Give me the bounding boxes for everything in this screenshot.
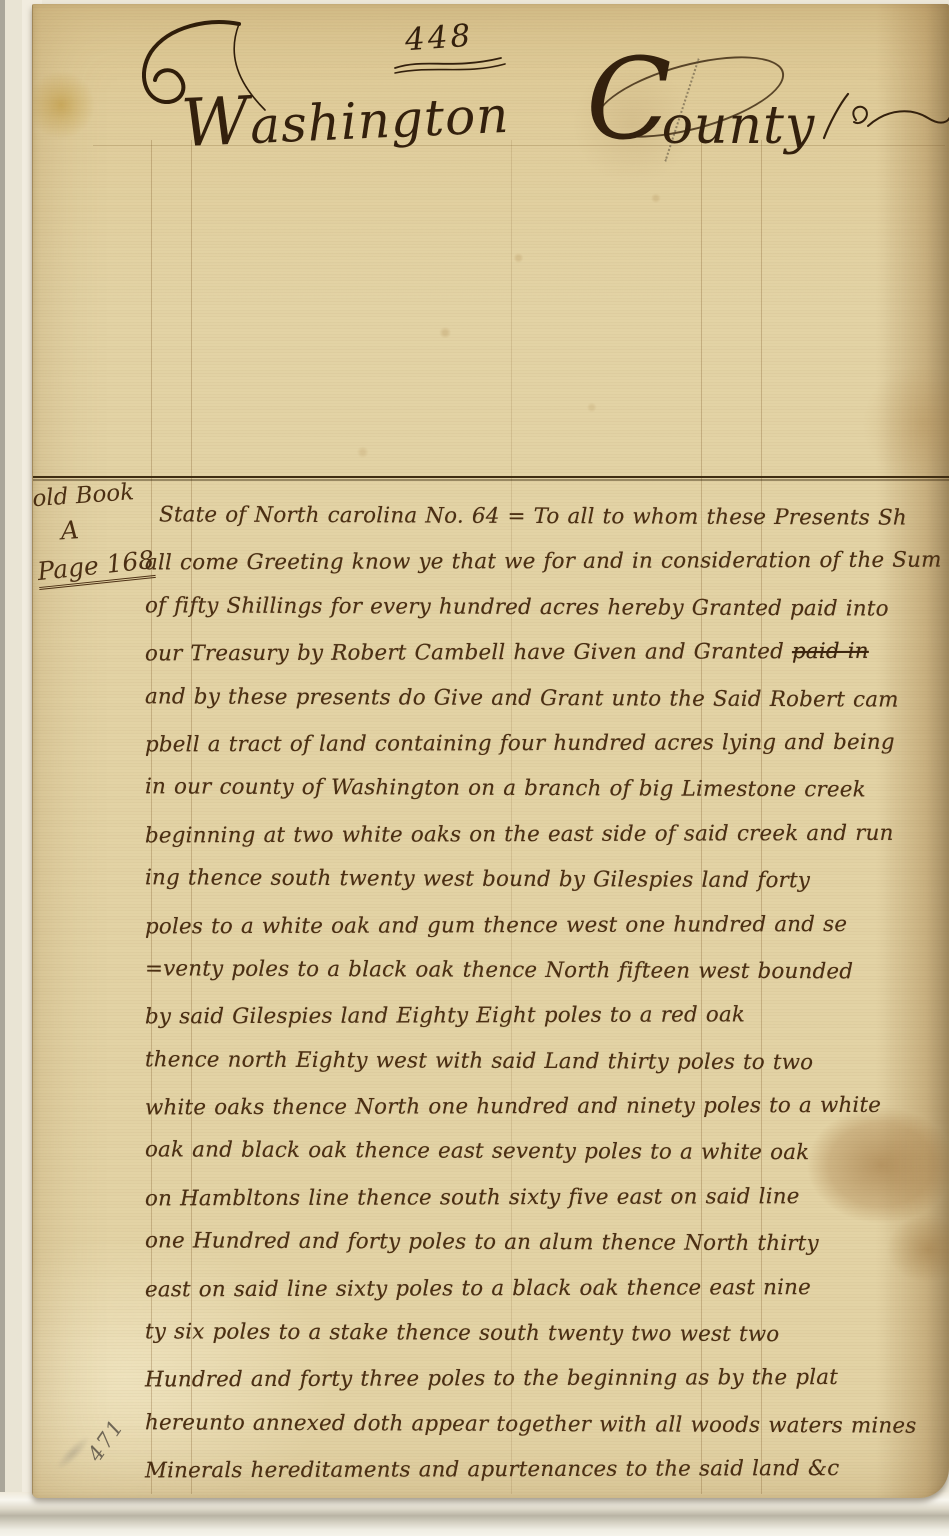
manuscript-line: poles to a white oak and gum thence west… [145, 901, 941, 949]
manuscript-line: beginning at two white oaks on the east … [145, 810, 941, 858]
margin-page-ref: Page 168 [36, 547, 158, 588]
manuscript-line: our Treasury by Robert Cambell have Give… [145, 629, 941, 677]
manuscript-line: one Hundred and forty poles to an alum t… [145, 1219, 941, 1268]
scanned-manuscript-page: 448 Washington C ounty old Book A [0, 0, 949, 1536]
page-bottom-edge [0, 1492, 949, 1536]
manuscript-line: hereunto annexed doth appear together wi… [145, 1400, 941, 1449]
manuscript-line: ty six poles to a stake thence south twe… [145, 1309, 941, 1358]
manuscript-line: Minerals hereditaments and apurtenances … [145, 1446, 941, 1494]
manuscript-line: all come Greeting know ye that we for an… [145, 538, 941, 586]
ornate-capital: C [586, 50, 672, 151]
manuscript-line: white oaks thence North one hundred and … [145, 1083, 941, 1131]
county-name-heading: Washington [179, 71, 510, 162]
manuscript-line: ing thence south twenty west bound by Gi… [145, 855, 941, 904]
manuscript-line: State of North carolina No. 64 = To all … [145, 492, 941, 541]
margin-annotation: old Book A Page 168 [32, 478, 159, 588]
county-word-heading: C ounty [586, 50, 815, 156]
manuscript-line: oak and black oak thence east seventy po… [145, 1128, 941, 1177]
manuscript-line: Hundred and forty three poles to the beg… [145, 1355, 941, 1403]
notarial-flourish-icon [816, 90, 949, 145]
page-number: 448 [404, 18, 475, 59]
manuscript-line: in our county of Washington on a branch … [145, 765, 941, 814]
margin-volume-letter: A [60, 510, 156, 545]
section-rule-line [33, 476, 949, 478]
manuscript-line: east on said line sixty poles to a black… [145, 1264, 941, 1312]
manuscript-line: of fifty Shillings for every hundred acr… [145, 583, 941, 632]
manuscript-line: and by these presents do Give and Grant … [145, 674, 941, 723]
manuscript-line: pbell a tract of land containing four hu… [145, 720, 941, 768]
struck-out-word: paid in [792, 639, 869, 664]
manuscript-body: State of North carolina No. 64 = To all … [145, 494, 941, 1493]
manuscript-line: =venty poles to a black oak thence North… [145, 946, 941, 995]
margin-book-label: old Book [32, 478, 154, 512]
ledger-page: 448 Washington C ounty old Book A [32, 4, 949, 1498]
manuscript-line: thence north Eighty west with said Land … [145, 1037, 941, 1086]
manuscript-line: by said Gilespies land Eighty Eight pole… [145, 992, 941, 1040]
manuscript-line: on Hambltons line thence south sixty fiv… [145, 1173, 941, 1221]
